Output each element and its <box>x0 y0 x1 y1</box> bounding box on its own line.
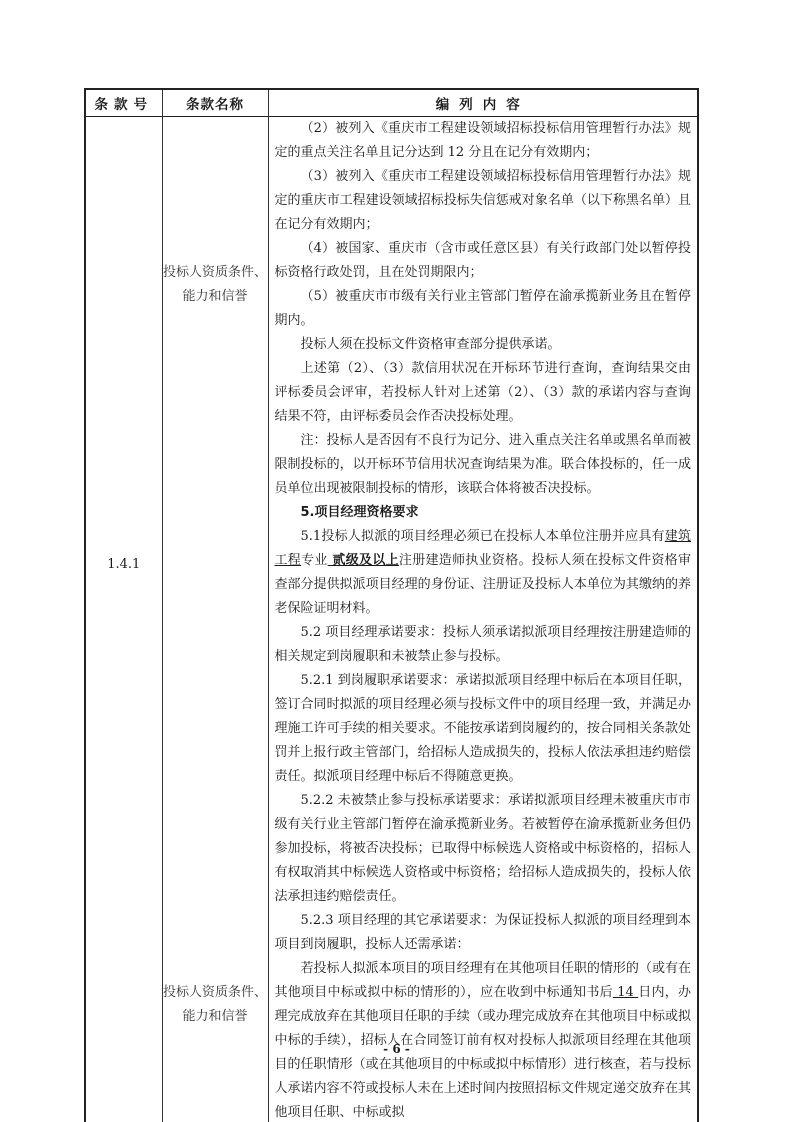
clause-no: 1.4.1 <box>86 557 162 572</box>
item-3: （3）被列入《重庆市工程建设领域招标投标信用管理暂行办法》规定的重庆市工程建设领… <box>275 165 692 237</box>
content-body: （2）被列入《重庆市工程建设领域招标投标信用管理暂行办法》规定的重点关注名单且记… <box>275 117 692 1122</box>
section-5-heading: 5.项目经理资格要求 <box>275 501 692 525</box>
commitment-note: 投标人须在投标文件资格审查部分提供承诺。 <box>275 333 692 357</box>
item-4: （4）被国家、重庆市（含市或任意区县）有关行政部门处以暂停投标资格行政处罚，且在… <box>275 237 692 285</box>
table-header-row: 条款号 条款名称 编列内容 <box>85 89 698 117</box>
clause-5-2: 5.2 项目经理承诺要求：投标人须承诺拟派项目经理按注册建造师的相关规定到岗履职… <box>275 621 692 669</box>
clause-5-2-1: 5.2.1 到岗履职承诺要求：承诺拟派项目经理中标后在本项目任职，签订合同时拟派… <box>275 669 692 789</box>
clause-5-1: 5.1投标人拟派的项目经理必须已在投标人本单位注册并应具有建筑工程专业 贰级及以… <box>275 525 692 621</box>
grade-field: 贰级及以上 <box>328 553 399 568</box>
clause-name: 投标人资质条件、能力和信誉 <box>163 261 268 309</box>
item-5: （5）被重庆市市级有关行业主管部门暂停在渝承揽新业务且在暂停期内。 <box>275 285 692 333</box>
days-field: 14 <box>613 985 638 1000</box>
credit-check-note: 上述第（2）、（3）款信用状况在开标环节进行查询，查询结果交由评标委员会评审，若… <box>275 357 692 429</box>
header-clause-no: 条款号 <box>85 89 162 117</box>
table-row: 1.4.1 投标人资质条件、能力和信誉 投标人资质条件、能力和信誉 （2）被列入… <box>85 117 698 1122</box>
clause-no-cell: 1.4.1 <box>85 117 162 1122</box>
clause-5-1-mid: 专业 <box>301 553 328 568</box>
item-2: （2）被列入《重庆市工程建设领域招标投标信用管理暂行办法》规定的重点关注名单且记… <box>275 117 692 165</box>
clause-name-cell: 投标人资质条件、能力和信誉 投标人资质条件、能力和信誉 <box>162 117 268 1122</box>
restriction-note: 注：投标人是否因有不良行为记分、进入重点关注名单或黑名单而被限制投标的，以开标环… <box>275 429 692 501</box>
clause-name-repeat: 投标人资质条件、能力和信誉 <box>163 981 268 1029</box>
header-content: 编列内容 <box>268 89 698 117</box>
content-cell: （2）被列入《重庆市工程建设领域招标投标信用管理暂行办法》规定的重点关注名单且记… <box>268 117 698 1122</box>
page-number: - 6 - <box>0 1042 793 1056</box>
clause-5-2-3: 5.2.3 项目经理的其它承诺要求：为保证投标人拟派的项目经理到本项目到岗履职，… <box>275 909 692 957</box>
clause-5-2-2: 5.2.2 未被禁止参与投标承诺要求：承诺拟派项目经理未被重庆市市级有关行业主管… <box>275 789 692 909</box>
clause-5-1-text: 5.1投标人拟派的项目经理必须已在投标人本单位注册并应具有 <box>301 529 665 544</box>
clause-table: 条款号 条款名称 编列内容 1.4.1 投标人资质条件、能力和信誉 投标人资质条… <box>84 88 699 1122</box>
header-clause-name: 条款名称 <box>162 89 268 117</box>
document-page: 条款号 条款名称 编列内容 1.4.1 投标人资质条件、能力和信誉 投标人资质条… <box>0 0 793 1122</box>
other-project-clause: 若投标人拟派本项目的项目经理有在其他项目任职的情形的（或有在其他项目中标或拟中标… <box>275 957 692 1122</box>
